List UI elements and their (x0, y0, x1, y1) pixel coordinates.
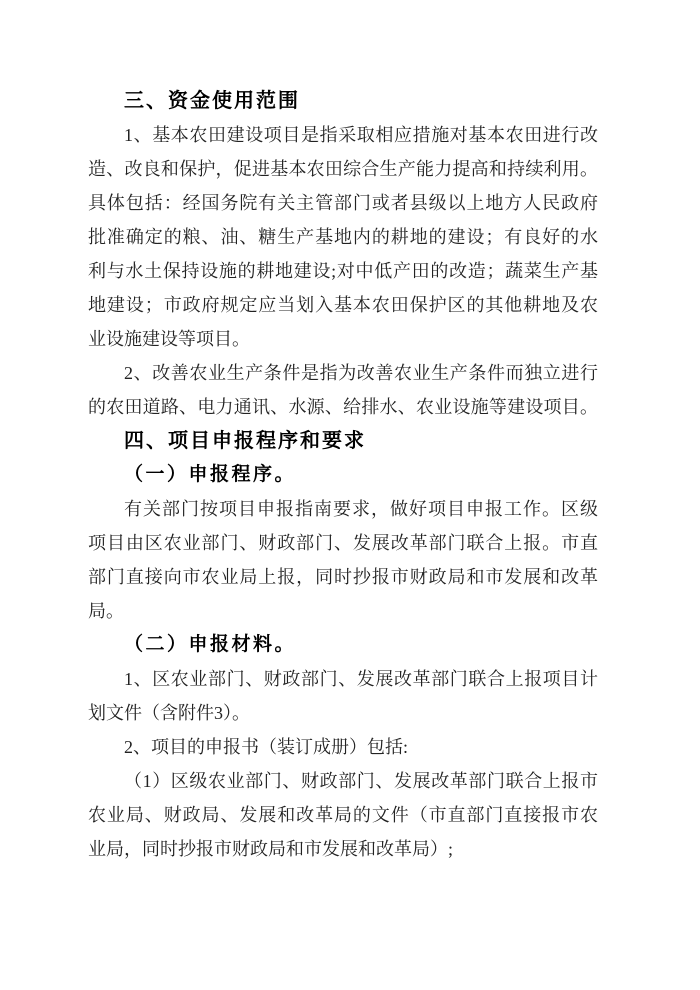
text-line: 1、基本农田建设项目是指采取相应措施对基本农田进行改 (88, 118, 598, 152)
text-line: 项目由区农业部门、财政部门、发展改革部门联合上报。市直 (88, 526, 598, 560)
text-line: 具体包括：经国务院有关主管部门或者县级以上地方人民政府 (88, 186, 598, 220)
text-line: 2、项目的申报书（装订成册）包括: (88, 730, 598, 764)
text-line: 批准确定的粮、油、糖生产基地内的耕地的建设；有良好的水 (88, 220, 598, 254)
text-line: 造、改良和保护，促进基本农田综合生产能力提高和持续利用。 (88, 152, 598, 186)
section-heading: 三、资金使用范围 (88, 84, 598, 118)
document-page: 三、资金使用范围1、基本农田建设项目是指采取相应措施对基本农田进行改造、改良和保… (0, 0, 700, 990)
text-line: 地建设；市政府规定应当划入基本农田保护区的其他耕地及农 (88, 288, 598, 322)
section-heading: 四、项目申报程序和要求 (88, 424, 598, 458)
text-line: （1）区级农业部门、财政部门、发展改革部门联合上报市 (88, 764, 598, 798)
text-line: 利与水土保持设施的耕地建设;对中低产田的改造；蔬菜生产基 (88, 254, 598, 288)
text-line: 局。 (88, 594, 598, 628)
text-line: 部门直接向市农业局上报，同时抄报市财政局和市发展和改革 (88, 560, 598, 594)
text-line: 业设施建设等项目。 (88, 322, 598, 356)
text-line: 1、区农业部门、财政部门、发展改革部门联合上报项目计 (88, 662, 598, 696)
text-line: 划文件（含附件3）。 (88, 696, 598, 730)
sub-heading: （一）申报程序。 (88, 458, 598, 492)
sub-heading: （二）申报材料。 (88, 628, 598, 662)
text-line: 2、改善农业生产条件是指为改善农业生产条件而独立进行 (88, 356, 598, 390)
text-line: 农业局、财政局、发展和改革局的文件（市直部门直接报市农 (88, 798, 598, 832)
document-content: 三、资金使用范围1、基本农田建设项目是指采取相应措施对基本农田进行改造、改良和保… (88, 84, 598, 866)
text-line: 的农田道路、电力通讯、水源、给排水、农业设施等建设项目。 (88, 390, 598, 424)
text-line: 业局，同时抄报市财政局和市发展和改革局）; (88, 832, 598, 866)
text-line: 有关部门按项目申报指南要求，做好项目申报工作。区级 (88, 492, 598, 526)
